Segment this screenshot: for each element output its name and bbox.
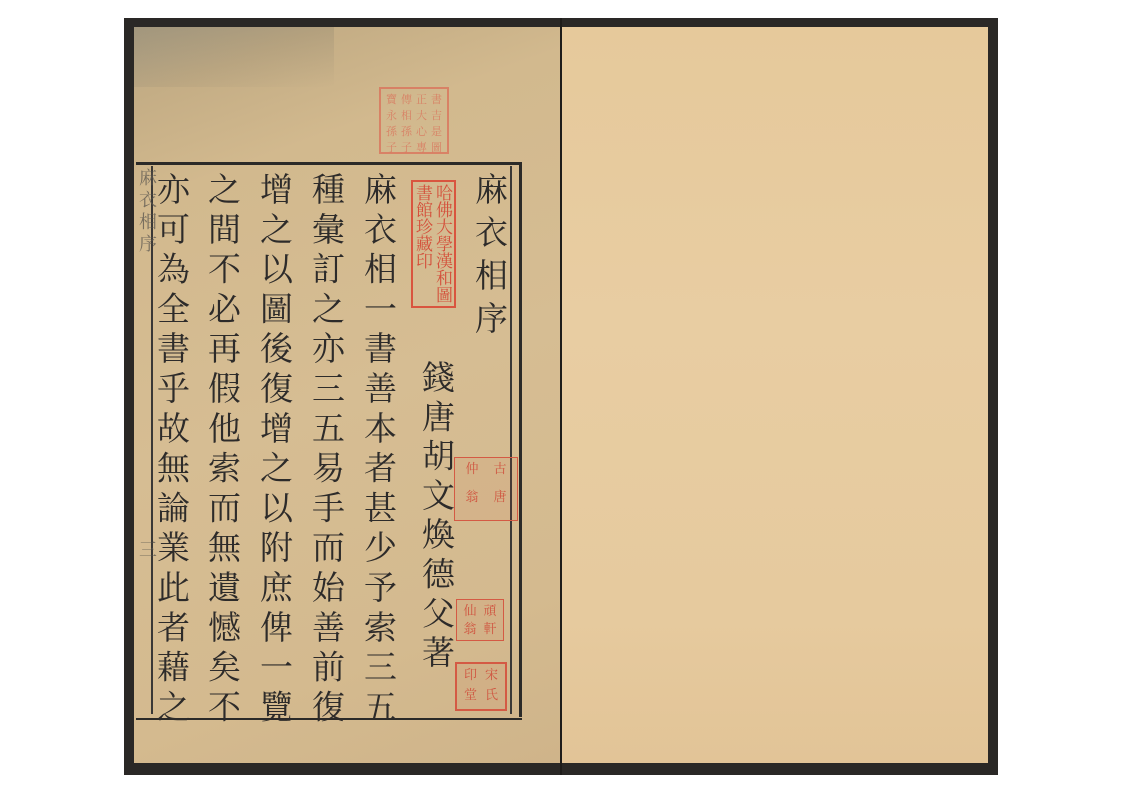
seal-char: 孫 [384,124,399,140]
library-seal-text: 哈佛大學漢和圖書館珍藏印 [412,184,452,306]
seal-char: 圖 [429,140,444,156]
author-column: 錢唐胡文煥德父著 [420,360,453,674]
seal-char: 書 [429,92,444,108]
seal-char: 正 [414,92,429,108]
harvard-yenching-library-seal: 哈佛大學漢和圖書館珍藏印 [411,180,456,308]
seal-char: 堂 [460,687,481,707]
seal-char: 古 [486,461,514,489]
seal-char: 印 [460,667,481,687]
frame-right-outer-line [519,162,522,717]
seal-char: 專 [414,140,429,156]
frame-right-inner-line [510,166,512,714]
seal-char: 氏 [481,687,502,707]
seal-char: 軒 [480,621,500,639]
text-column-2: 種彙訂之亦三五易手而始善前復 [310,172,343,729]
seal-char: 子 [399,140,414,156]
seal-char: 孫 [399,124,414,140]
right-page-blank [561,27,988,763]
top-seal-grid: 寶 傳 正 書 永 相 大 吉 孫 孫 心 是 子 子 專 圖 [384,92,444,149]
seal-char: 吉 [429,108,444,124]
seal-bottom-glyphs: 印 宋 堂 氏 [460,667,502,706]
book-gutter [560,18,562,775]
seal-char: 唐 [486,489,514,517]
seal-char: 永 [384,108,399,124]
text-column-4: 之間不必再假他索而無遺憾矣不 [206,172,239,729]
seal-bottom: 印 宋 堂 氏 [455,662,507,711]
seal-char: 心 [414,124,429,140]
seal-middle: 仙 頑 翁 軒 [456,599,504,641]
text-column-1: 麻衣相一書善本者甚少予索三五 [362,172,395,729]
seal-char: 相 [399,108,414,124]
margin-heading: 麻衣相序 [133,168,159,256]
seal-char: 是 [429,124,444,140]
seal-char: 子 [384,140,399,156]
seal-gu-tang: 仲 古 翁 唐 [454,457,518,521]
title-column: 麻衣相序 [473,172,506,344]
top-collector-seal: 寶 傳 正 書 永 相 大 吉 孫 孫 心 是 子 子 專 圖 [379,87,449,154]
seal-middle-glyphs: 仙 頑 翁 軒 [460,603,500,637]
seal-char: 頑 [480,603,500,621]
margin-page-number: 三 [133,540,159,562]
seal-char: 寶 [384,92,399,108]
seal-char: 翁 [460,621,480,639]
text-column-3: 增之以圖後復增之以附庶俾一覽 [258,172,291,729]
seal-char: 翁 [458,489,486,517]
seal-char: 傳 [399,92,414,108]
seal-char: 仲 [458,461,486,489]
seal-gu-tang-glyphs: 仲 古 翁 唐 [458,461,514,517]
seal-char: 仙 [460,603,480,621]
seal-char: 宋 [481,667,502,687]
seal-char: 大 [414,108,429,124]
text-column-5: 亦可為全書乎故無論業此者藉之 [155,172,188,729]
page-stain [134,27,334,87]
